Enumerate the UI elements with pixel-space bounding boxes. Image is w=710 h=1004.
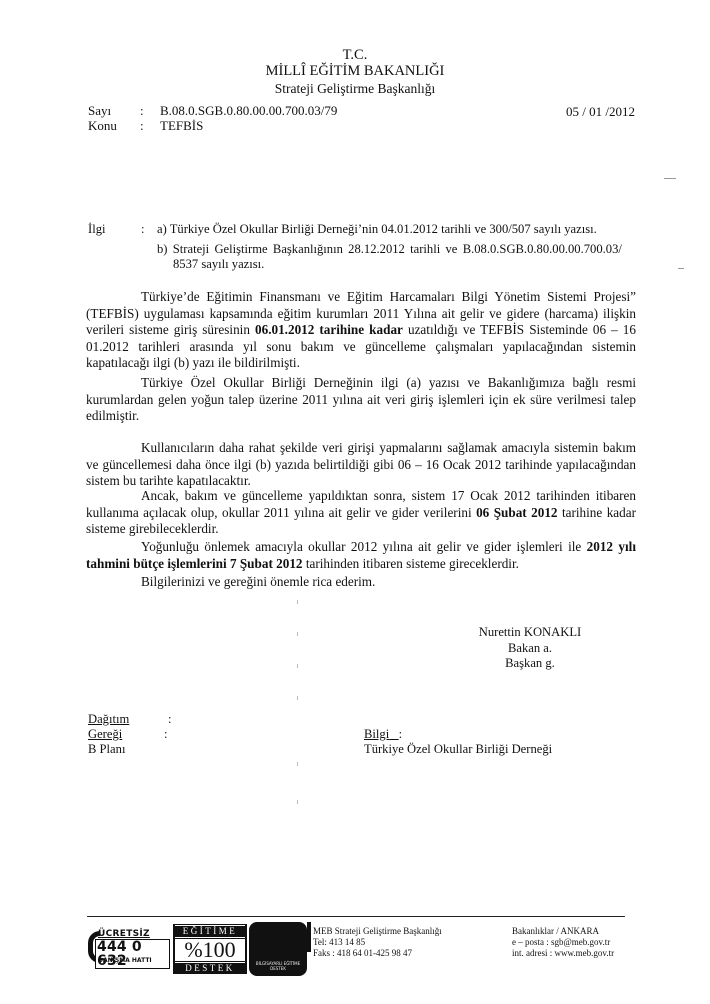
- footer-org: MEB Strateji Geliştirme Başkanlığı: [313, 926, 442, 937]
- footer-tel: Tel: 413 14 85: [313, 937, 365, 948]
- konu-colon: :: [140, 118, 160, 134]
- b-plani: B Planı: [88, 742, 125, 757]
- logo-bottom-text: DESTEK: [175, 962, 245, 975]
- signatory-name: Nurettin KONAKLI: [460, 624, 600, 640]
- scan-dot: [297, 696, 298, 700]
- footer-email[interactable]: e – posta : sgb@meb.gov.tr: [512, 937, 610, 948]
- bilgi-recipient: Türkiye Özel Okullar Birliği Derneği: [364, 742, 552, 757]
- scan-dot: [297, 664, 298, 668]
- bold-new-deadline: 06 Şubat 2012: [476, 505, 557, 520]
- ilgi-item-b: b) Strateji Geliştirme Başkanlığının 28.…: [157, 242, 622, 257]
- sayi-label: Sayı: [88, 103, 140, 119]
- signatory-title-2: Başkan g.: [460, 655, 600, 671]
- footer-fax: Faks : 418 64 01-425 98 47: [313, 948, 412, 959]
- geregi-label: Gereği: [88, 727, 164, 742]
- bold-deadline: 06.01.2012 tarihine kadar: [255, 322, 403, 337]
- konu-label: Konu: [88, 118, 140, 134]
- scan-dot: [297, 632, 298, 636]
- sayi-colon: :: [140, 103, 160, 119]
- footer-divider: [87, 916, 625, 917]
- sayi-row: Sayı:B.08.0.SGB.0.80.00.00.700.03/79: [88, 103, 337, 119]
- scan-speck: [664, 178, 676, 179]
- konu-row: Konu:TEFBİS: [88, 118, 203, 134]
- paragraph-3: Kullanıcıların daha rahat şekilde veri g…: [86, 440, 636, 490]
- header-tc: T.C.: [0, 47, 710, 64]
- footer-address: Bakanlıklar / ANKARA: [512, 926, 599, 937]
- ilgi-item-a: a) Türkiye Özel Okullar Birliği Derneği’…: [157, 222, 597, 237]
- paragraph-5: Yoğunluğu önlemek amacıyla okullar 2012 …: [86, 539, 636, 572]
- konu-value: TEFBİS: [160, 118, 203, 133]
- document-date: 05 / 01 /2012: [566, 104, 635, 120]
- bilgi-row: Bilgi :: [364, 727, 402, 742]
- scan-dot: [297, 762, 298, 766]
- logo-percent: %100: [175, 939, 245, 961]
- paragraph-2: Türkiye Özel Okullar Birliği Derneğinin …: [86, 375, 636, 425]
- ilgi-item-b-cont: 8537 sayılı yazısı.: [173, 257, 264, 272]
- dagitim-label: Dağıtım: [88, 712, 168, 727]
- helpline-number: 444 0 632: [95, 939, 170, 969]
- header-department: Strateji Geliştirme Başkanlığı: [0, 80, 710, 97]
- paragraph-1: Türkiye’de Eğitimin Finansmanı ve Eğitim…: [86, 289, 636, 372]
- scan-dot: [297, 800, 298, 804]
- free-helpline-logo: ÜCRETSİZ 444 0 632 DANIŞMA HATTI: [88, 927, 170, 967]
- education-support-logo: EĞİTİME %100 DESTEK: [173, 924, 247, 974]
- signatory-title-1: Bakan a.: [460, 640, 600, 656]
- helpline-label: DANIŞMA HATTI: [98, 957, 152, 964]
- sayi-value: B.08.0.SGB.0.80.00.00.700.03/79: [160, 103, 337, 118]
- header-ministry: MİLLÎ EĞİTİM BAKANLIĞI: [0, 63, 710, 80]
- helpline-free-label: ÜCRETSİZ: [98, 929, 150, 939]
- scan-dot: [297, 600, 298, 604]
- logo-caption: BİLGİSAYARLI EĞİTİME DESTEK: [249, 961, 307, 971]
- ilgi-label: İlgi: [88, 222, 106, 237]
- paragraph-4: Ancak, bakım ve güncelleme yapıldıktan s…: [86, 488, 636, 538]
- footer-website[interactable]: int. adresi : www.meb.gov.tr: [512, 948, 614, 959]
- paragraph-closing: Bilgilerinizi ve gereğini önemle rica ed…: [86, 574, 636, 591]
- computer-education-logo: BİLGİSAYARLI EĞİTİME DESTEK: [249, 922, 307, 976]
- ilgi-colon: :: [141, 222, 145, 237]
- decorative-bar: [307, 922, 311, 952]
- scan-speck: [678, 268, 684, 269]
- geregi-row: Gereği:: [88, 727, 176, 742]
- bilgi-label: Bilgi: [364, 727, 389, 741]
- dagitim-row: Dağıtım:: [88, 712, 176, 727]
